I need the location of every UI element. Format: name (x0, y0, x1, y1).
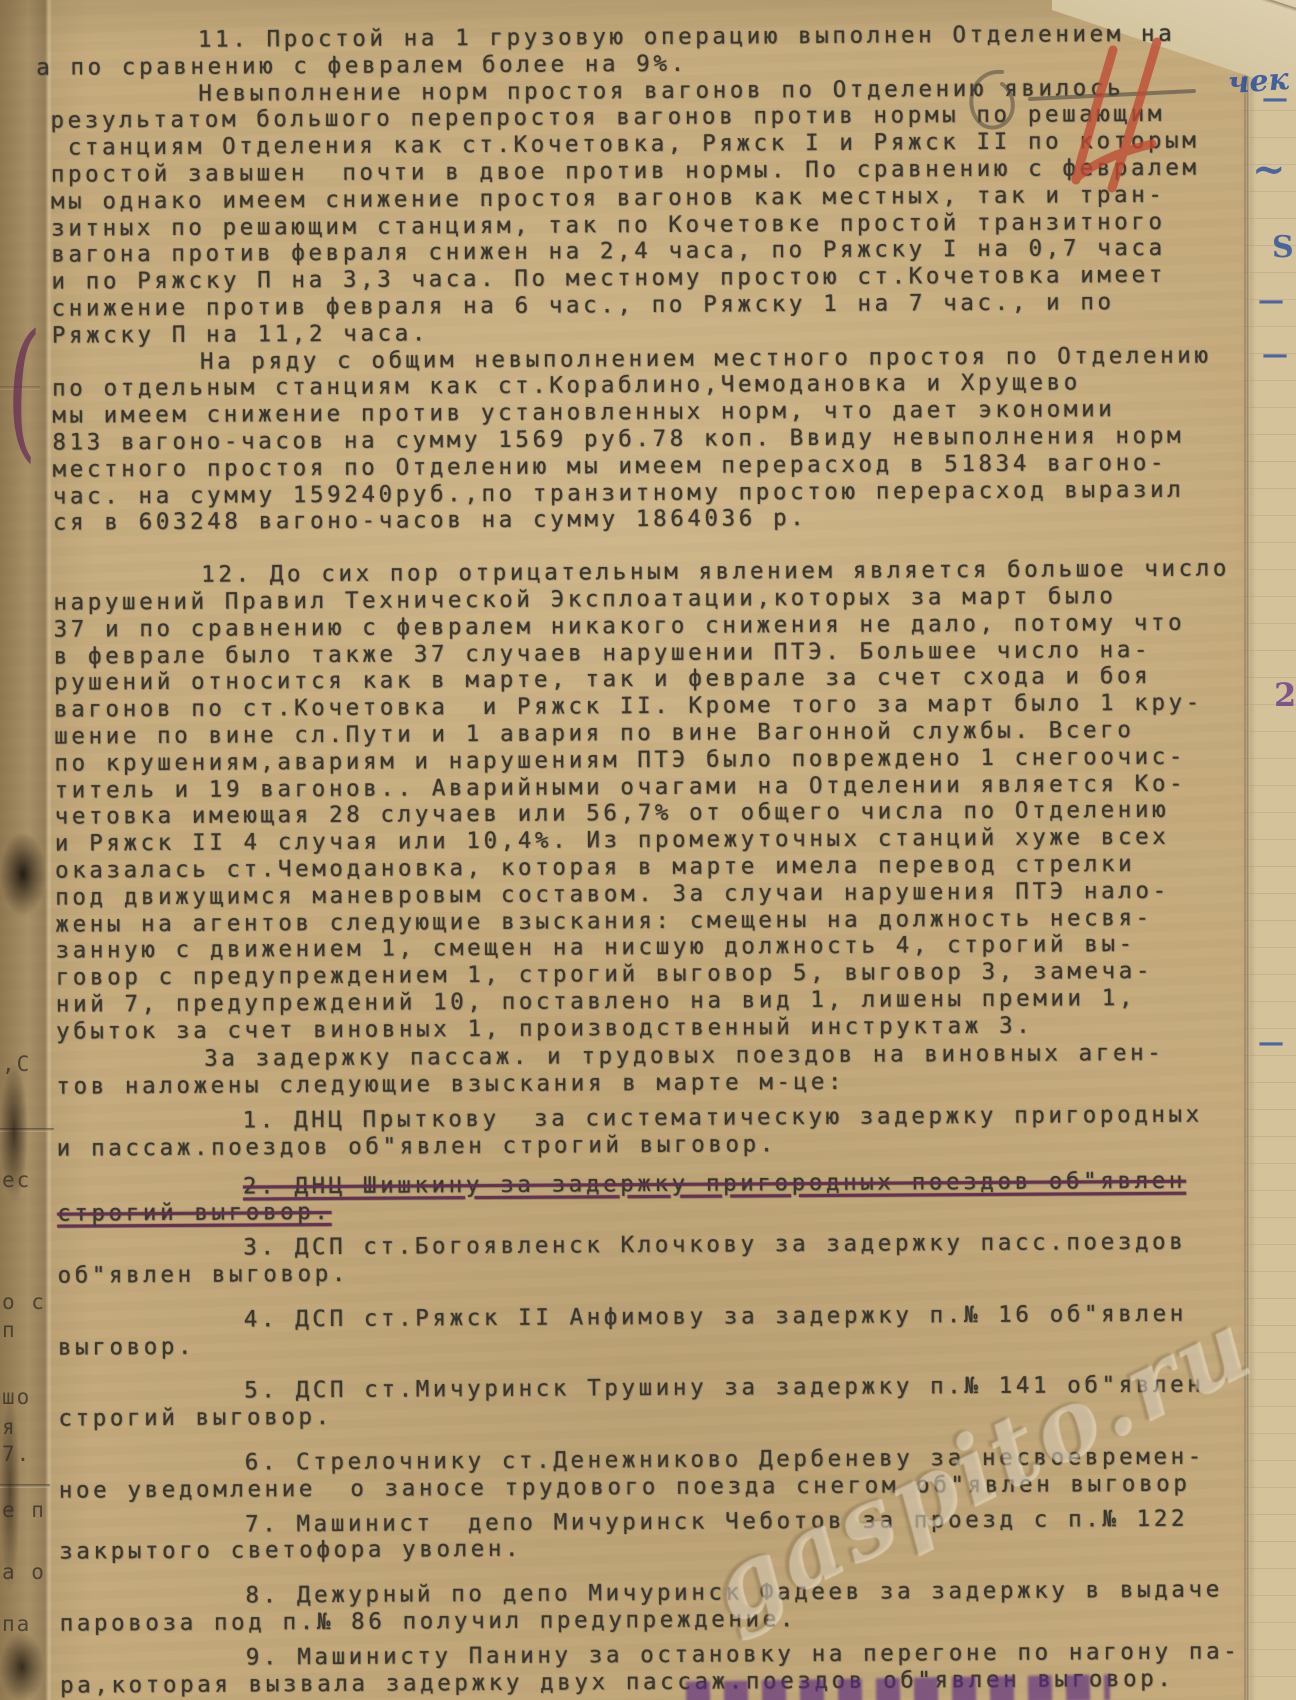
text-fragment: е п (2, 1498, 46, 1522)
paragraph: 11. Простой на 1 грузовую операцию выпол… (50, 20, 1248, 81)
paragraph: Невыполнение норм простоя вагонов по Отд… (50, 74, 1250, 349)
paper-seam (0, 1484, 50, 1488)
text-fragment: ес (2, 1168, 31, 1192)
text-fragment: а о (2, 1560, 46, 1584)
paragraph: 3. ДСП ст.Богоявленск Клочкову за задерж… (57, 1229, 1255, 1290)
text-fragment: 7. (2, 1442, 31, 1466)
blue-ink-mark: — (1258, 1028, 1284, 1058)
paragraph: 2. ДНЦ Шишкину за задержку пригородных п… (57, 1167, 1255, 1228)
text-fragment: я (2, 1415, 17, 1439)
blue-ink-note: чек (1227, 62, 1290, 101)
paragraph: На ряду с общим невыполнением местного п… (52, 342, 1251, 537)
blue-ink-mark: — (1258, 286, 1284, 316)
blue-ink-mark: ~ (1252, 146, 1286, 193)
paragraph: 1. ДНЦ Прыткову за систематическую задер… (57, 1101, 1255, 1162)
paragraph: За задержку пассаж. и трудовых поездов н… (56, 1040, 1254, 1101)
text-fragment: п (2, 1318, 17, 1342)
paragraph: 8. Дежурный по депо Мичуринск Фадеев за … (59, 1577, 1257, 1638)
scanned-document-page: 11. Простой на 1 грузовую операцию выпол… (0, 0, 1296, 1700)
purple-ink-mark: 2 (1274, 676, 1296, 714)
text-fragment: шо (2, 1385, 31, 1409)
purple-margin-bracket: ( (4, 312, 42, 466)
paper-seam (0, 1128, 54, 1132)
paragraph: 7. Машинист депо Мичуринск Чеботов за пр… (59, 1505, 1257, 1566)
text-fragment: о с (2, 1290, 46, 1314)
blue-ink-mark: S (1272, 230, 1294, 265)
text-fragment: па (2, 1612, 31, 1636)
paragraph: 12. До сих пор отрицательным явлением яв… (53, 555, 1254, 1045)
paragraph: 4. ДСП ст.Ряжск II Анфимову за задержку … (58, 1300, 1256, 1361)
blue-ink-mark: — (1262, 340, 1288, 370)
text-fragment: ,С (2, 1052, 31, 1076)
